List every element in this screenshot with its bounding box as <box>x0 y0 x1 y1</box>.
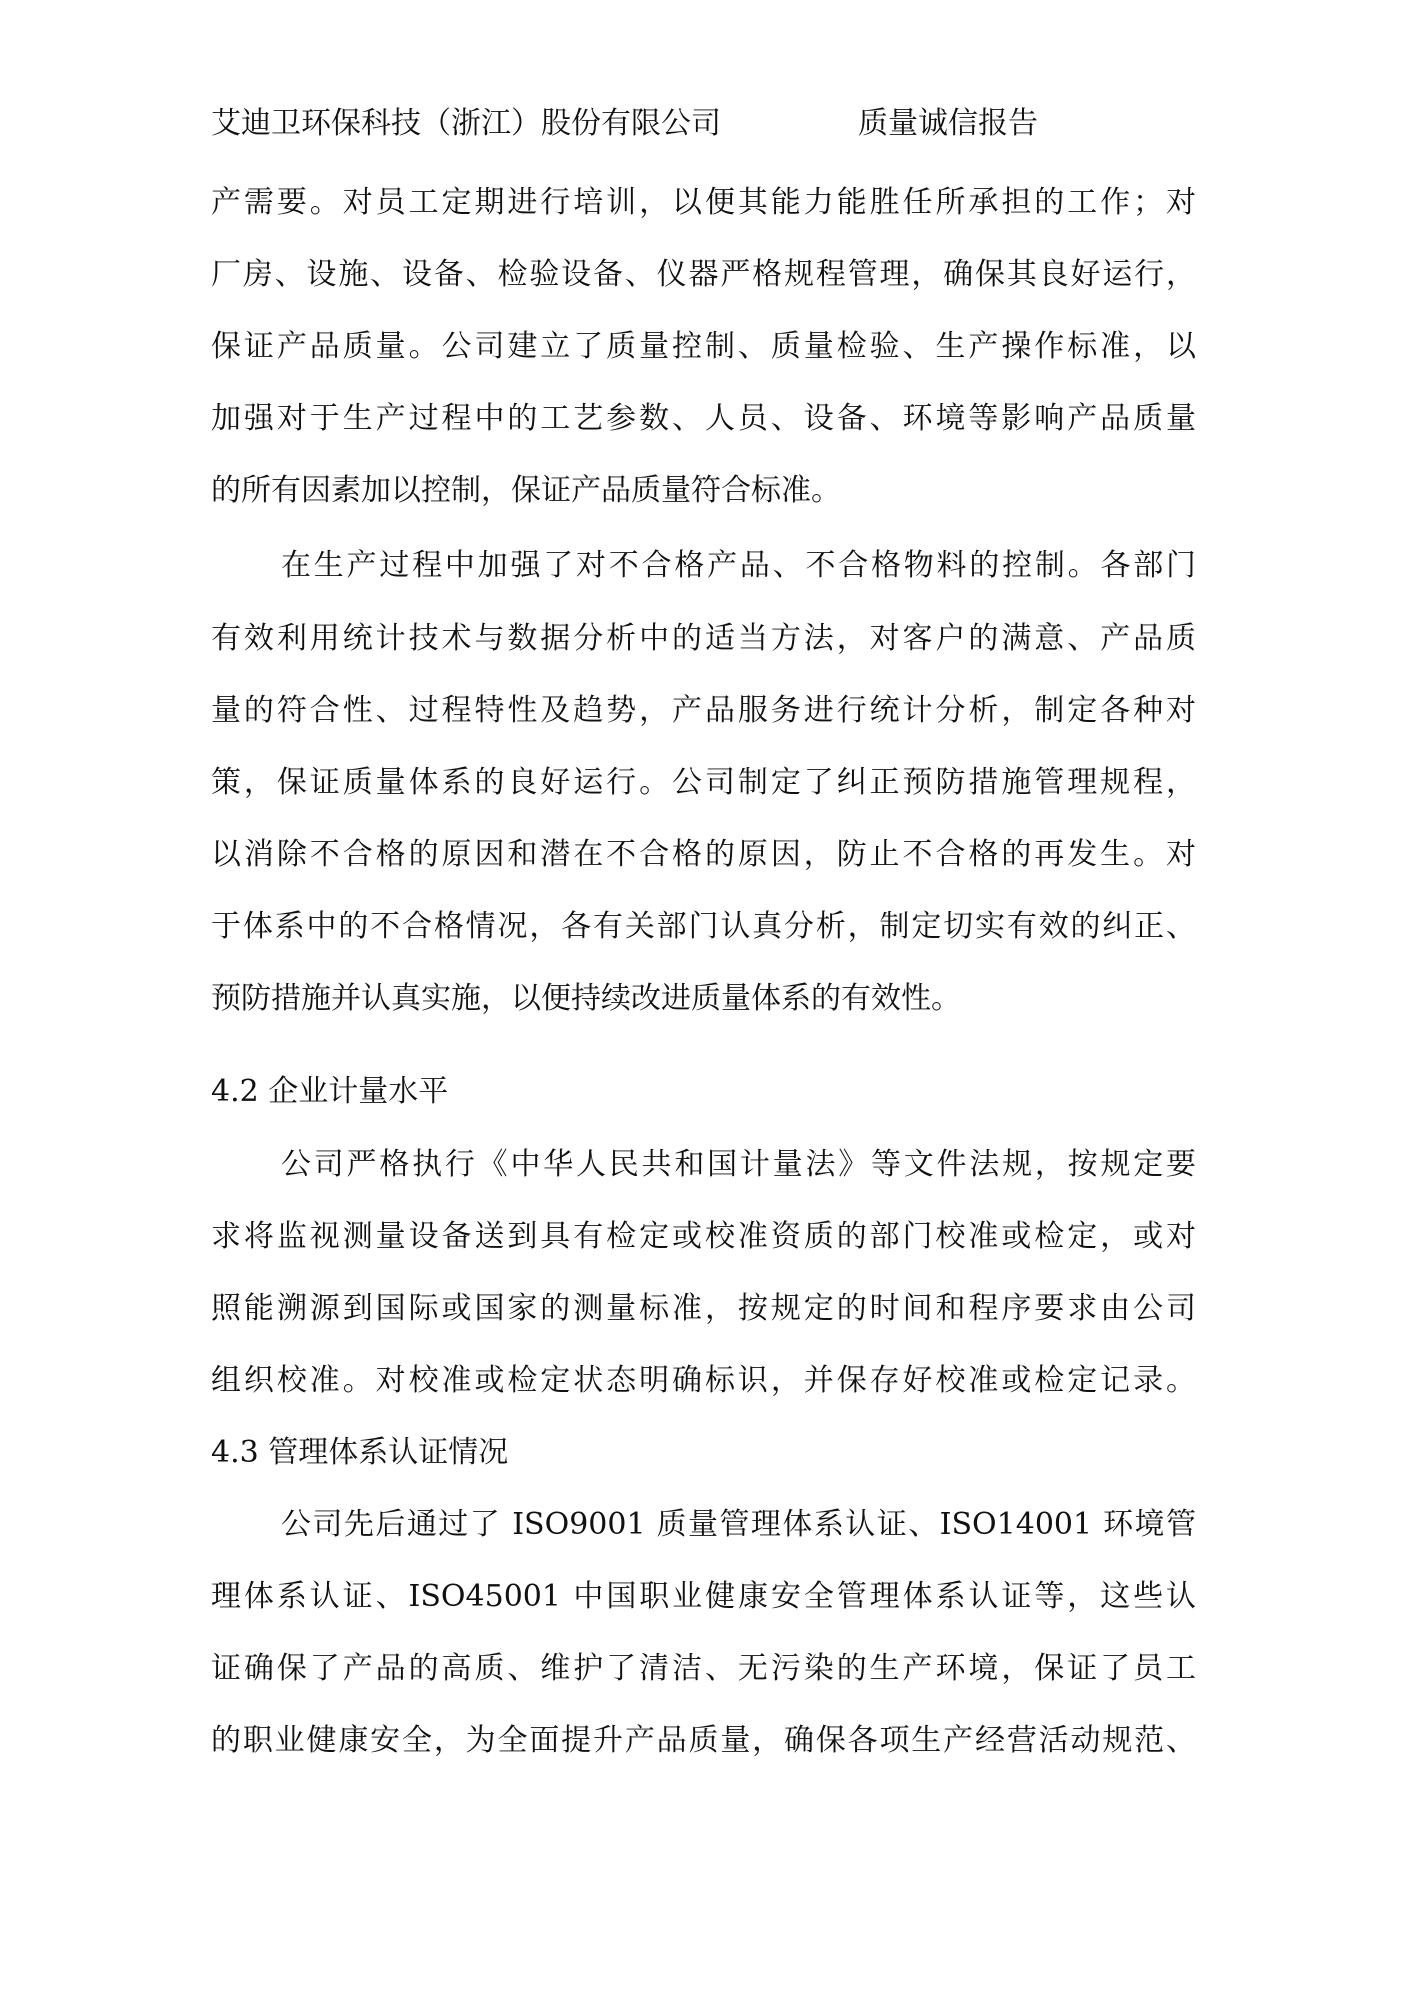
paragraph-line: 证确保了产品的高质、维护了清洁、无污染的生产环境，保证了员工 <box>211 1647 1196 1691</box>
paragraph-line: 以消除不合格的原因和潜在不合格的原因，防止不合格的再发生。对 <box>211 833 1196 877</box>
paragraph-line: 的所有因素加以控制，保证产品质量符合标准。 <box>211 469 1196 513</box>
paragraph-line: 在生产过程中加强了对不合格产品、不合格物料的控制。各部门 <box>281 544 1196 588</box>
report-title: 质量诚信报告 <box>858 104 1038 144</box>
paragraph-line: 量的符合性、过程特性及趋势，产品服务进行统计分析，制定各种对 <box>211 689 1196 733</box>
paragraph-line: 保证产品质量。公司建立了质量控制、质量检验、生产操作标准，以 <box>211 325 1196 369</box>
paragraph-line: 组织校准。对校准或检定状态明确标识，并保存好校准或检定记录。 <box>211 1359 1196 1403</box>
paragraph-line: 有效利用统计技术与数据分析中的适当方法，对客户的满意、产品质 <box>211 617 1196 661</box>
paragraph-line: 产需要。对员工定期进行培训，以便其能力能胜任所承担的工作；对 <box>211 181 1196 225</box>
page-header: 艾迪卫环保科技（浙江）股份有限公司 质量诚信报告 <box>211 104 721 144</box>
paragraph-line: 预防措施并认真实施，以便持续改进质量体系的有效性。 <box>211 977 1196 1021</box>
paragraph-line: 加强对于生产过程中的工艺参数、人员、设备、环境等影响产品质量 <box>211 397 1196 441</box>
company-name: 艾迪卫环保科技（浙江）股份有限公司 <box>211 104 721 144</box>
paragraph-line: 公司先后通过了 ISO9001 质量管理体系认证、ISO14001 环境管 <box>281 1503 1196 1547</box>
section-heading-4-3: 4.3 管理体系认证情况 <box>211 1431 508 1475</box>
document-page: 艾迪卫环保科技（浙江）股份有限公司 质量诚信报告 产需要。对员工定期进行培训，以… <box>0 0 1414 2000</box>
paragraph-line: 照能溯源到国际或国家的测量标准，按规定的时间和程序要求由公司 <box>211 1287 1196 1331</box>
paragraph-line: 的职业健康安全，为全面提升产品质量，确保各项生产经营活动规范、 <box>211 1719 1196 1763</box>
paragraph-line: 厂房、设施、设备、检验设备、仪器严格规程管理，确保其良好运行， <box>211 253 1196 297</box>
paragraph-line: 公司严格执行《中华人民共和国计量法》等文件法规，按规定要 <box>281 1143 1196 1187</box>
section-heading-4-2: 4.2 企业计量水平 <box>211 1070 448 1114</box>
paragraph-line: 求将监视测量设备送到具有检定或校准资质的部门校准或检定，或对 <box>211 1215 1196 1259</box>
paragraph-line: 策，保证质量体系的良好运行。公司制定了纠正预防措施管理规程， <box>211 761 1196 805</box>
paragraph-line: 理体系认证、ISO45001 中国职业健康安全管理体系认证等，这些认 <box>211 1575 1196 1619</box>
paragraph-line: 于体系中的不合格情况，各有关部门认真分析，制定切实有效的纠正、 <box>211 905 1196 949</box>
